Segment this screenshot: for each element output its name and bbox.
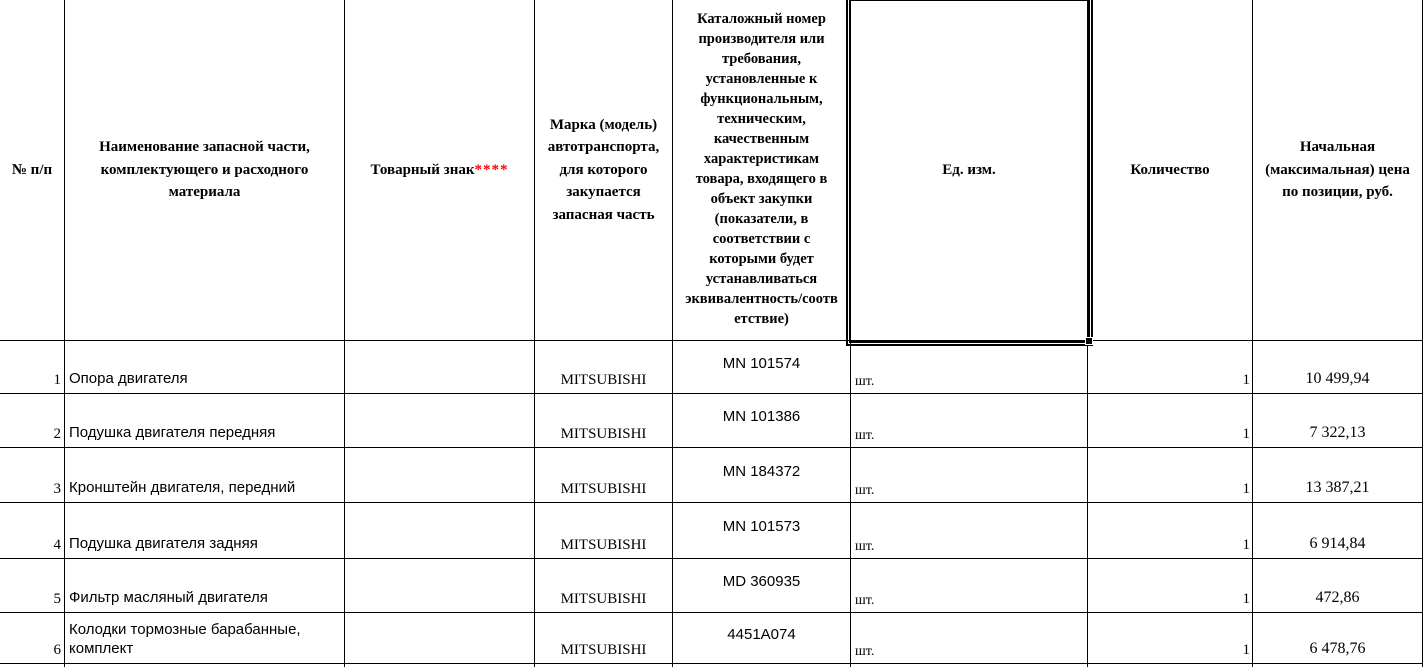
cell-vehicle-make[interactable]: MITSUBISHI [535, 341, 673, 394]
cell-price[interactable]: 7 322,13 [1253, 394, 1423, 448]
cell-catalog-number[interactable]: MN 184372 [673, 448, 851, 503]
cell-catalog-number[interactable]: MN 101573 [673, 503, 851, 559]
trademark-footnote-asterisks: **** [474, 162, 508, 178]
cell-unit[interactable]: шт. [851, 613, 1088, 664]
cell-trademark[interactable] [345, 613, 535, 664]
cell-quantity[interactable]: 1 [1088, 503, 1253, 559]
parts-table: № п/п Наименование запасной части, компл… [0, 0, 1423, 667]
cell-part-name[interactable]: Подушка двигателя передняя [65, 394, 345, 448]
cell-vehicle-make[interactable]: MITSUBISHI [535, 448, 673, 503]
cell-unit[interactable]: шт. [851, 394, 1088, 448]
fill-handle[interactable] [1085, 337, 1093, 345]
cell-price[interactable]: 472,86 [1253, 559, 1423, 613]
cell-part-name[interactable]: Подушка двигателя задняя [65, 503, 345, 559]
cell-part-name[interactable]: Кронштейн двигателя, передний [65, 448, 345, 503]
cell-quantity[interactable]: 1 [1088, 394, 1253, 448]
header-cell-model[interactable]: Марка (модель) автотранспорта, для котор… [535, 0, 673, 341]
cell-trademark[interactable] [345, 394, 535, 448]
cell-quantity[interactable]: 1 [1088, 613, 1253, 664]
header-qty-label: Количество [1130, 159, 1209, 182]
cell-row-number[interactable]: 1 [0, 341, 65, 394]
cell-price[interactable]: 10 499,94 [1253, 341, 1423, 394]
header-cell-price[interactable]: Начальная (максимальная) цена по позиции… [1253, 0, 1423, 341]
cell-vehicle-make[interactable]: MITSUBISHI [535, 503, 673, 559]
cell-quantity[interactable]: 1 [1088, 448, 1253, 503]
cell-quantity[interactable]: 1 [1088, 341, 1253, 394]
cell-trademark[interactable] [345, 559, 535, 613]
header-cell-trademark[interactable]: Товарный знак**** [345, 0, 535, 341]
header-cell-qty[interactable]: Количество [1088, 0, 1253, 341]
cell-unit[interactable]: шт. [851, 448, 1088, 503]
cell-catalog-number[interactable]: MN 101574 [673, 341, 851, 394]
cell-vehicle-make[interactable]: MITSUBISHI [535, 559, 673, 613]
cell-row-number[interactable]: 5 [0, 559, 65, 613]
cell-catalog-number[interactable]: 4451A074 [673, 613, 851, 664]
cell-row-number[interactable]: 2 [0, 394, 65, 448]
cell-catalog-number[interactable]: MN 101386 [673, 394, 851, 448]
header-price-label: Начальная (максимальная) цена по позиции… [1265, 136, 1410, 204]
cell-unit[interactable]: шт. [851, 503, 1088, 559]
cell-catalog-number[interactable]: MD 360935 [673, 559, 851, 613]
cell-quantity[interactable]: 1 [1088, 559, 1253, 613]
header-cell-name[interactable]: Наименование запасной части, комплектующ… [65, 0, 345, 341]
header-catalog-label: Каталожный номер производителя или требо… [685, 9, 838, 329]
header-cell-num[interactable]: № п/п [0, 0, 65, 341]
cell-part-name[interactable]: Опора двигателя [65, 341, 345, 394]
header-unit-label: Ед. изм. [942, 159, 996, 182]
header-cell-unit-selected[interactable]: Ед. изм. [851, 0, 1088, 341]
header-num-label: № п/п [12, 159, 52, 182]
header-trademark-label: Товарный знак**** [371, 159, 509, 182]
cell-part-name[interactable]: Фильтр масляный двигателя [65, 559, 345, 613]
cell-row-number[interactable]: 4 [0, 503, 65, 559]
cell-trademark[interactable] [345, 503, 535, 559]
cell-vehicle-make[interactable]: MITSUBISHI [535, 613, 673, 664]
cell-row-number[interactable]: 3 [0, 448, 65, 503]
cell-price[interactable]: 6 914,84 [1253, 503, 1423, 559]
spreadsheet-view: № п/п Наименование запасной части, компл… [0, 0, 1423, 667]
cell-row-number[interactable]: 6 [0, 613, 65, 664]
cell-trademark[interactable] [345, 448, 535, 503]
cell-part-name[interactable]: Колодки тормозные барабанные, комплект [65, 613, 345, 664]
header-model-label: Марка (модель) автотранспорта, для котор… [548, 114, 659, 227]
cell-price[interactable]: 13 387,21 [1253, 448, 1423, 503]
cell-trademark[interactable] [345, 341, 535, 394]
cell-unit[interactable]: шт. [851, 341, 1088, 394]
header-cell-catalog[interactable]: Каталожный номер производителя или требо… [673, 0, 851, 341]
cell-price[interactable]: 6 478,76 [1253, 613, 1423, 664]
cell-vehicle-make[interactable]: MITSUBISHI [535, 394, 673, 448]
cell-unit[interactable]: шт. [851, 559, 1088, 613]
header-name-label: Наименование запасной части, комплектующ… [99, 136, 310, 204]
